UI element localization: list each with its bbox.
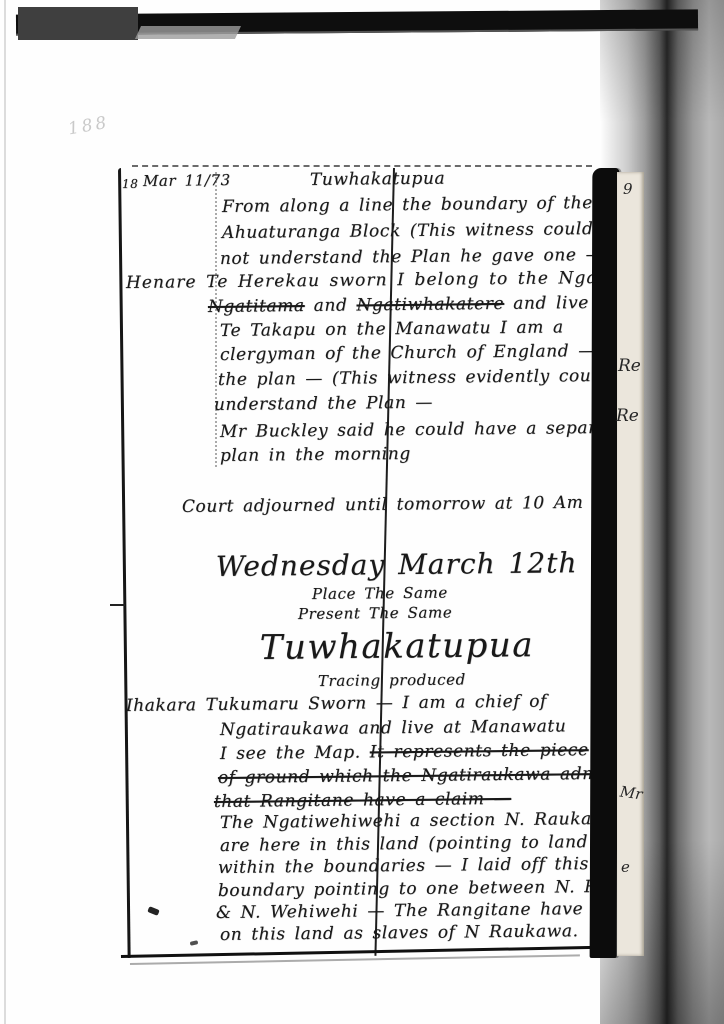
manuscript-line: Ngatitama and Ngatiwhakatere and live at (208, 293, 616, 317)
manuscript-line: that Rangitane have a claim — (214, 789, 511, 812)
manuscript-line: of ground which the Ngatiraukawa admi (218, 764, 605, 788)
scan-edge-line (4, 0, 6, 1024)
manuscript-line: not understand the Plan he gave one — (220, 245, 603, 269)
line-text: plan in the morning (220, 444, 411, 466)
manuscript-line: understand the Plan — (214, 393, 433, 415)
manuscript-line: are here in this land (pointing to land (220, 832, 588, 856)
line-text: understand the Plan — (214, 393, 433, 415)
ink-smudge (190, 940, 199, 946)
margin-fragment: Re (618, 356, 641, 376)
place-line: Place The Same (312, 584, 448, 603)
struck-text: Ngatitama (208, 296, 305, 317)
struck-text: that Rangitane have a claim — (214, 789, 511, 812)
header-date: Mar 11/73 (143, 171, 231, 190)
court-adjourned-line: Court adjourned until tomorrow at 10 Am (182, 493, 584, 517)
struck-text: Ngatiwhakatere (356, 294, 504, 316)
line-text: Ahuaturanga Block (This witness could (222, 219, 594, 243)
header-title: Tuwhakatupua (310, 169, 446, 190)
line-text: Ihakara Tukumaru Sworn — I am a chief of (126, 692, 547, 716)
line-text: boundary pointing to one between N. Rauk (218, 877, 631, 901)
manuscript-line: the plan — (This witness evidently could… (218, 366, 648, 390)
ink-smudge (147, 906, 159, 916)
manuscript-line: clergyman of the Church of England — I s… (220, 340, 652, 365)
line-text: Te Takapu on the Manawatu I am a (220, 317, 564, 341)
manuscript-line: Te Takapu on the Manawatu I am a (220, 317, 564, 341)
page-number: 18 (122, 177, 139, 191)
manuscript-line: Mr Buckley said he could have a separate (220, 418, 626, 442)
struck-text: of ground which the Ngatiraukawa admi (218, 764, 605, 788)
page-right-edge-bar (590, 168, 620, 958)
line-text: From along a line the boundary of the (222, 193, 593, 217)
manuscript-line: Ngatiraukawa and live at Manawatu (220, 716, 567, 740)
pencil-folio-number: 188 (67, 113, 111, 140)
margin-fragment: Mr (619, 783, 644, 804)
manuscript-line: Ahuaturanga Block (This witness could (222, 219, 594, 243)
line-text: & N. Wehiwehi — The Rangitane have lived (216, 899, 637, 923)
line-text: within the boundaries — I laid off this (218, 854, 589, 878)
manuscript-line: Ihakara Tukumaru Sworn — I am a chief of (126, 692, 547, 716)
line-text: on this land as slaves of N Raukawa. (220, 921, 579, 945)
line-text: The Ngatiwehiwehi a section N. Raukawa (220, 809, 618, 833)
case-heading: Tuwhakatupua (260, 625, 535, 668)
manuscript-line: I see the Map. It represents the piece (220, 740, 589, 764)
line-text: are here in this land (pointing to land (220, 832, 588, 856)
margin-fragment: e (621, 858, 630, 876)
manuscript-line: plan in the morning (220, 444, 411, 466)
line-text: clergyman of the Church of England — I s… (220, 340, 652, 365)
line-text: the plan — (This witness evidently could… (218, 366, 648, 390)
scan-top-gray-fade (135, 26, 241, 39)
line-text: Ngatiraukawa and live at Manawatu (220, 716, 567, 740)
line-text: Mr Buckley said he could have a separate (220, 418, 626, 442)
manuscript-scan: 188 18 Mar 11/73 Tuwhakatupua From along… (0, 0, 724, 1024)
manuscript-line: The Ngatiwehiwehi a section N. Raukawa (220, 809, 618, 833)
line-text: I see the Map. (220, 742, 370, 764)
manuscript-line: & N. Wehiwehi — The Rangitane have lived (216, 899, 637, 923)
struck-text: It represents the piece (370, 740, 589, 762)
present-line: Present The Same (298, 603, 453, 623)
margin-dotted-rule (215, 172, 217, 467)
scan-top-gray-block (18, 7, 138, 40)
tracing-line: Tracing produced (318, 670, 466, 690)
left-border-tick (110, 604, 125, 606)
margin-fragment: Re (616, 406, 639, 426)
manuscript-line: From along a line the boundary of the (222, 193, 593, 217)
margin-fragment: 9 (623, 180, 633, 198)
line-text: not understand the Plan he gave one — (220, 245, 603, 269)
cutoff-margin-strip (617, 172, 644, 956)
page-border-top (132, 165, 592, 167)
manuscript-line: on this land as slaves of N Raukawa. (220, 921, 579, 945)
line-text: Court adjourned until tomorrow at 10 Am (182, 493, 584, 517)
manuscript-line: boundary pointing to one between N. Rauk (218, 877, 631, 901)
manuscript-line: within the boundaries — I laid off this (218, 854, 589, 878)
line-text: and (305, 295, 357, 316)
